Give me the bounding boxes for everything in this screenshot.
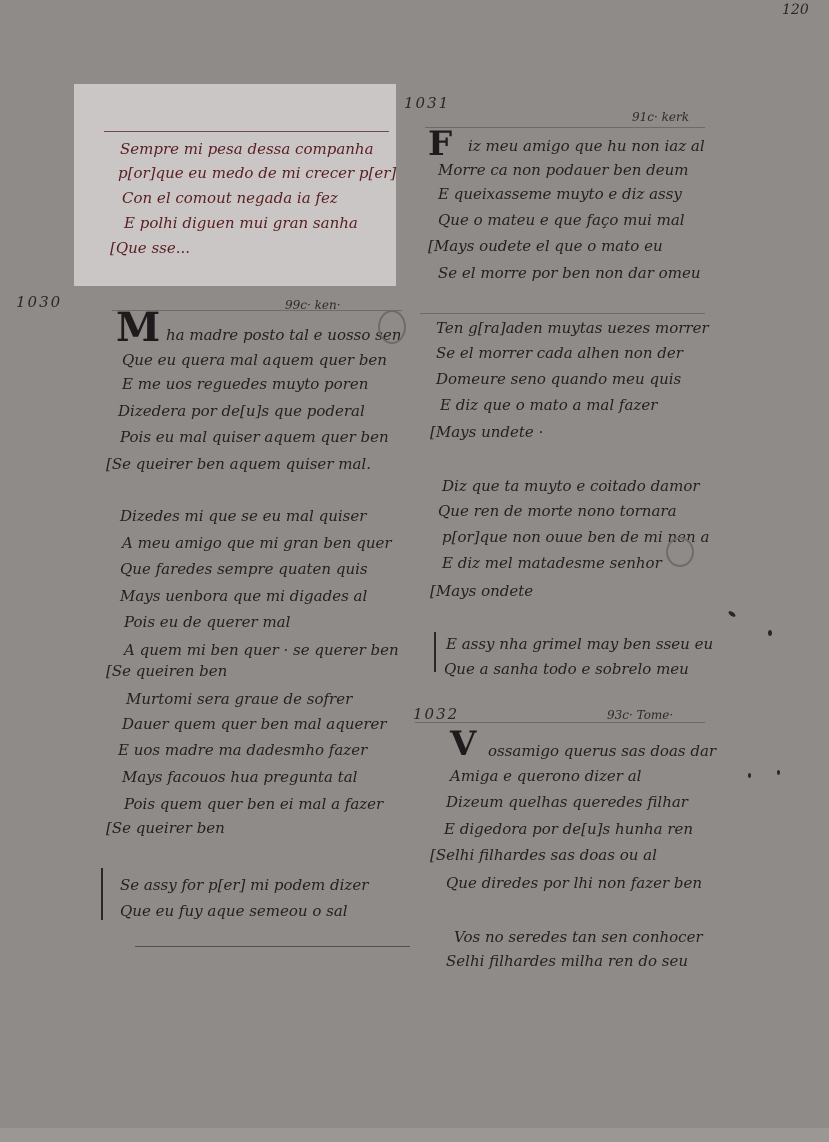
verse-line: Que eu fuy aque semeou o sal — [120, 902, 348, 920]
fiinda-bracket — [101, 868, 103, 920]
verse-line: iz meu amigo que hu non iaz al — [468, 137, 705, 155]
ink-blot — [768, 630, 772, 636]
verse-line: [Se queiren ben — [106, 662, 227, 680]
verse-line: Dizedes mi que se eu mal quiser — [120, 507, 366, 525]
ink-blot — [777, 770, 780, 775]
verse-line: E diz mel matadesme senhor — [442, 554, 662, 572]
verse-line: Dizeum quelhas queredes filhar — [446, 793, 688, 811]
verse-line: Morre ca non podauer ben deum — [438, 161, 689, 179]
highlight-line-5: [Que sse... — [110, 239, 190, 257]
song-number-1031: 1031 — [404, 94, 450, 112]
song-number-1030: 1030 — [16, 293, 62, 311]
initial-letter-v: V — [450, 724, 476, 764]
verse-line: Se el morre por ben non dar omeu — [438, 264, 700, 282]
verse-line: Se el morrer cada alhen non der — [436, 344, 683, 362]
verse-line: Dizedera por de[u]s que poderal — [118, 402, 365, 420]
verse-line: Ten g[ra]aden muytas uezes morrer — [436, 319, 709, 337]
ruling-line — [420, 313, 705, 314]
verse-line: Pois quem quer ben ei mal a fazer — [124, 795, 383, 813]
highlight-line-4: E polhi diguen mui gran sanha — [124, 214, 358, 232]
highlight-line-2: p[or]que eu medo de mi crecer p[er] — [118, 164, 396, 182]
verse-line: E me uos reguedes muyto poren — [122, 375, 368, 393]
verse-line: [Se queirer ben — [106, 819, 225, 837]
verse-line: Que diredes por lhi non fazer ben — [446, 874, 702, 892]
verse-line: Selhi filhardes milha ren do seu — [446, 952, 688, 970]
verse-line: [Mays ondete — [430, 582, 533, 600]
verse-line: Murtomi sera graue de sofrer — [126, 690, 352, 708]
fiinda-bracket — [434, 632, 436, 672]
verse-line: [Mays oudete el que o mato eu — [428, 237, 663, 255]
ink-blot — [728, 610, 737, 618]
verse-line: ha madre posto tal e uosso sen — [166, 326, 401, 344]
verse-line: A meu amigo que mi gran ben quer — [122, 534, 392, 552]
verse-line: Pois eu mal quiser aquem quer ben — [120, 428, 389, 446]
ink-blot — [748, 773, 751, 778]
verse-line: [Mays undete · — [430, 423, 543, 441]
verse-line: Pois eu de querer mal — [124, 613, 290, 631]
folio-number: 120 — [782, 2, 809, 18]
initial-letter-f: F — [428, 124, 452, 164]
ruling-line — [415, 722, 705, 723]
verse-line: E queixasseme muyto e diz assy — [438, 185, 682, 203]
verse-line: ossamigo querus sas doas dar — [488, 742, 716, 760]
verse-line: [Se queirer ben aquem quiser mal. — [106, 455, 371, 473]
verse-line: Amiga e querono dizer al — [450, 767, 641, 785]
verse-line: E assy nha grimel may ben sseu eu — [446, 635, 713, 653]
verse-line: E uos madre ma dadesmho fazer — [118, 741, 367, 759]
manuscript-page: 120 Sempre mi pesa dessa companha p[or]q… — [0, 0, 829, 1128]
verse-line: [Selhi filhardes sas doas ou al — [430, 846, 657, 864]
verse-line: E digedora por de[u]s hunha ren — [444, 820, 693, 838]
verse-line: Diz que ta muyto e coitado damor — [442, 477, 700, 495]
initial-letter-m: M — [116, 304, 160, 351]
margin-note-1031: 91c· kerk — [632, 110, 689, 124]
verse-line: Mays uenbora que mi digades al — [120, 587, 367, 605]
stain-mark — [666, 537, 694, 567]
verse-line: Que a sanha todo e sobrelo meu — [444, 660, 689, 678]
highlight-line-1: Sempre mi pesa dessa companha — [120, 140, 374, 158]
verse-line: Que ren de morte nono tornara — [438, 502, 677, 520]
verse-line: Que eu quera mal aquem quer ben — [122, 351, 387, 369]
margin-note-1032: 93c· Tome· — [607, 708, 673, 722]
verse-line: A quem mi ben quer · se querer ben — [124, 641, 399, 659]
verse-line: Que faredes sempre quaten quis — [120, 560, 368, 578]
verse-line: Dauer quem quer ben mal aquerer — [122, 715, 387, 733]
verse-line: Mays facouos hua pregunta tal — [122, 768, 357, 786]
verse-line: E diz que o mato a mal fazer — [440, 396, 657, 414]
highlight-line-3: Con el comout negada ia fez — [122, 189, 338, 207]
verse-line: Vos no seredes tan sen conhocer — [454, 928, 703, 946]
ruling-line — [425, 127, 705, 128]
song-number-1032: 1032 — [413, 705, 459, 723]
ruling-line — [104, 131, 389, 132]
verse-line: Que o mateu e que faço mui mal — [438, 211, 685, 229]
ruling-line — [135, 946, 410, 947]
stain-mark — [378, 310, 406, 344]
verse-line: Se assy for p[er] mi podem dizer — [120, 876, 368, 894]
verse-line: Domeure seno quando meu quis — [436, 370, 681, 388]
page-edge — [0, 1128, 829, 1142]
